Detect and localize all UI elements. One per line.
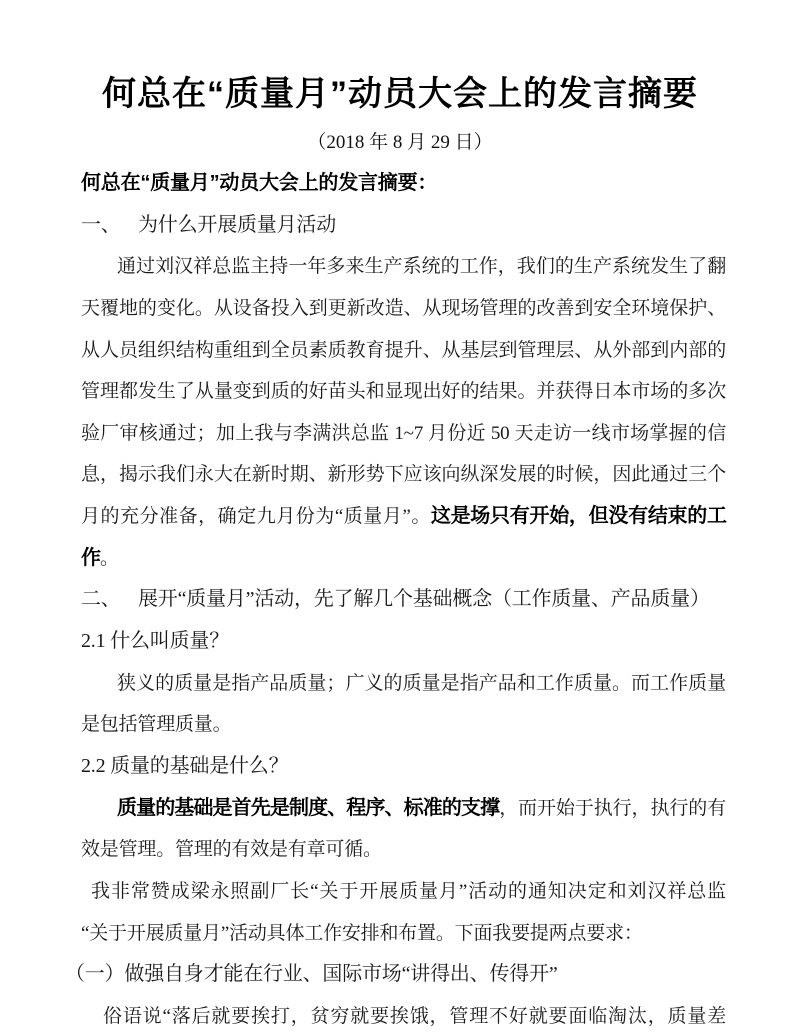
speech-summary-heading: 何总在“质量月”动员大会上的发言摘要： [81, 163, 726, 205]
paragraph-line: 天覆地的变化。从设备投入到更新改造、从现场管理的改善到安全环境保护、 [81, 288, 726, 330]
document-page: 何总在“质量月”动员大会上的发言摘要 （2018 年 8 月 29 日） 何总在… [0, 0, 800, 1035]
point-one-heading: （一）做强自身才能在行业、国际市场“讲得出、传得开” [65, 954, 726, 996]
section-one-heading: 一、为什么开展质量月活动 [81, 205, 726, 247]
paragraph-text: ，而开始于执行，执行的有 [499, 798, 726, 819]
paragraph-line: 验厂审核通过；加上我与李满洪总监 1~7 月份近 50 天走访一线市场掌握的信 [81, 413, 726, 455]
paragraph-line: 质量的基础是首先是制度、程序、标准的支撑，而开始于执行，执行的有 [81, 788, 726, 830]
paragraph-text: 。 [100, 548, 119, 569]
document-body: 何总在“质量月”动员大会上的发言摘要： 一、为什么开展质量月活动 通过刘汉祥总监… [81, 163, 726, 1035]
paragraph-line: 从人员组织结构重组到全员素质教育提升、从基层到管理层、从外部到内部的 [81, 330, 726, 372]
paragraph-line: 狭义的质量是指产品质量；广义的质量是指产品和工作质量。而工作质量 [81, 663, 726, 705]
subsection-2-1-heading: 2.1 什么叫质量？ [81, 621, 726, 663]
bold-emphasis-text: 作 [81, 547, 100, 569]
paragraph-line: 管理都发生了从量变到质的好苗头和显现出好的结果。并获得日本市场的多次 [81, 371, 726, 413]
section-two-title-text: 展开“质量月”活动，先了解几个基础概念（工作质量、产品质量） [138, 588, 710, 610]
section-two-number: 二、 [81, 579, 138, 621]
bold-emphasis-text: 这是场只有开始，但没有结束的工 [431, 505, 726, 527]
section-one-number: 一、 [81, 205, 138, 247]
paragraph-line: 息，揭示我们永大在新时期、新形势下应该向纵深发展的时候，因此通过三个 [81, 454, 726, 496]
paragraph-line: 我非常赞成梁永照副厂长“关于开展质量月”活动的通知决定和刘汉祥总监 [81, 871, 726, 913]
paragraph-line: 月的充分准备，确定九月份为“质量月”。这是场只有开始，但没有结束的工 [81, 496, 726, 538]
paragraph-line: 效是管理。管理的有效是有章可循。 [81, 829, 726, 871]
paragraph-line: 作。 [81, 538, 726, 580]
section-one-title-text: 为什么开展质量月活动 [138, 214, 336, 236]
document-date: （2018 年 8 月 29 日） [0, 127, 800, 154]
subsection-2-2-heading: 2.2 质量的基础是什么？ [81, 746, 726, 788]
paragraph-line: 俗语说“落后就要挨打，贫穷就要挨饿，管理不好就要面临淘汰，质量差 [81, 996, 726, 1035]
paragraph-text: 月的充分准备，确定九月份为“质量月”。 [81, 506, 431, 527]
section-two-heading: 二、展开“质量月”活动，先了解几个基础概念（工作质量、产品质量） [81, 579, 726, 621]
paragraph-line: 通过刘汉祥总监主持一年多来生产系统的工作，我们的生产系统发生了翻 [81, 246, 726, 288]
paragraph-line: “关于开展质量月”活动具体工作安排和布置。下面我要提两点要求： [81, 913, 726, 955]
document-title: 何总在“质量月”动员大会上的发言摘要 [0, 66, 800, 115]
paragraph-line: 是包括管理质量。 [81, 704, 726, 746]
bold-emphasis-text: 质量的基础是首先是制度、程序、标准的支撑 [117, 797, 499, 819]
